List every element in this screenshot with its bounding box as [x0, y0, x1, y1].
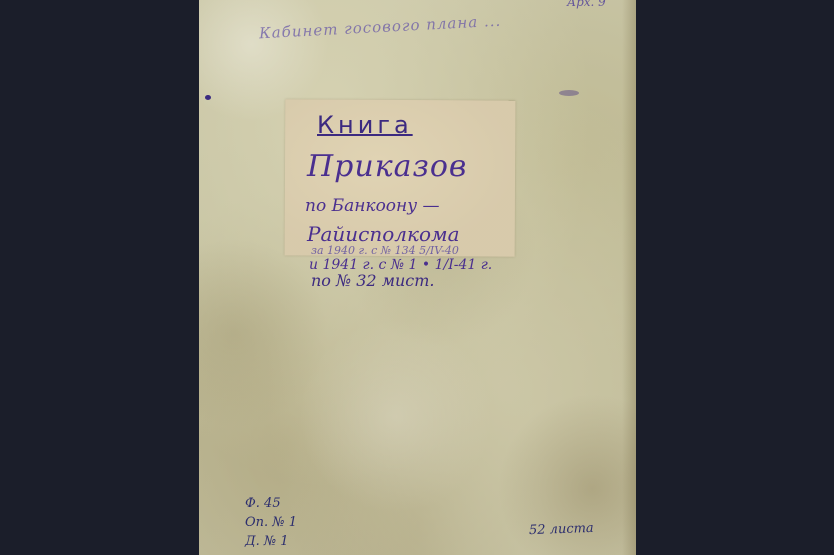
archive-delo: Д. № 1 — [245, 535, 289, 548]
ink-smudge — [559, 90, 579, 96]
label-line-po: по Банкоону — — [305, 198, 440, 215]
photo-stage: Кабинет госового плана ... Арх. 9 Книга … — [0, 0, 834, 555]
sheet-count-note: 52 листа — [529, 522, 594, 537]
corner-archive-mark: Арх. 9 — [567, 0, 606, 8]
label-line-raion: Райисполкома — [307, 224, 460, 244]
label-subtitle: Приказов — [307, 152, 467, 182]
label-title: Книга — [317, 113, 413, 137]
top-handwritten-note: Кабинет госового плана ... — [259, 14, 502, 42]
archive-fond: Ф. 45 — [245, 497, 281, 510]
label-dates-line-1: за 1940 г. с № 134 5/IV-40 — [311, 245, 459, 256]
label-dates-line-2: и 1941 г. с № 1 • 1/I-41 г. — [309, 258, 492, 272]
label-sheets-line: по № 32 мист. — [311, 273, 434, 289]
document-cover: Кабинет госового плана ... Арх. 9 Книга … — [199, 0, 636, 555]
archive-opis: Оп. № 1 — [245, 516, 297, 529]
ink-spot — [205, 95, 211, 100]
